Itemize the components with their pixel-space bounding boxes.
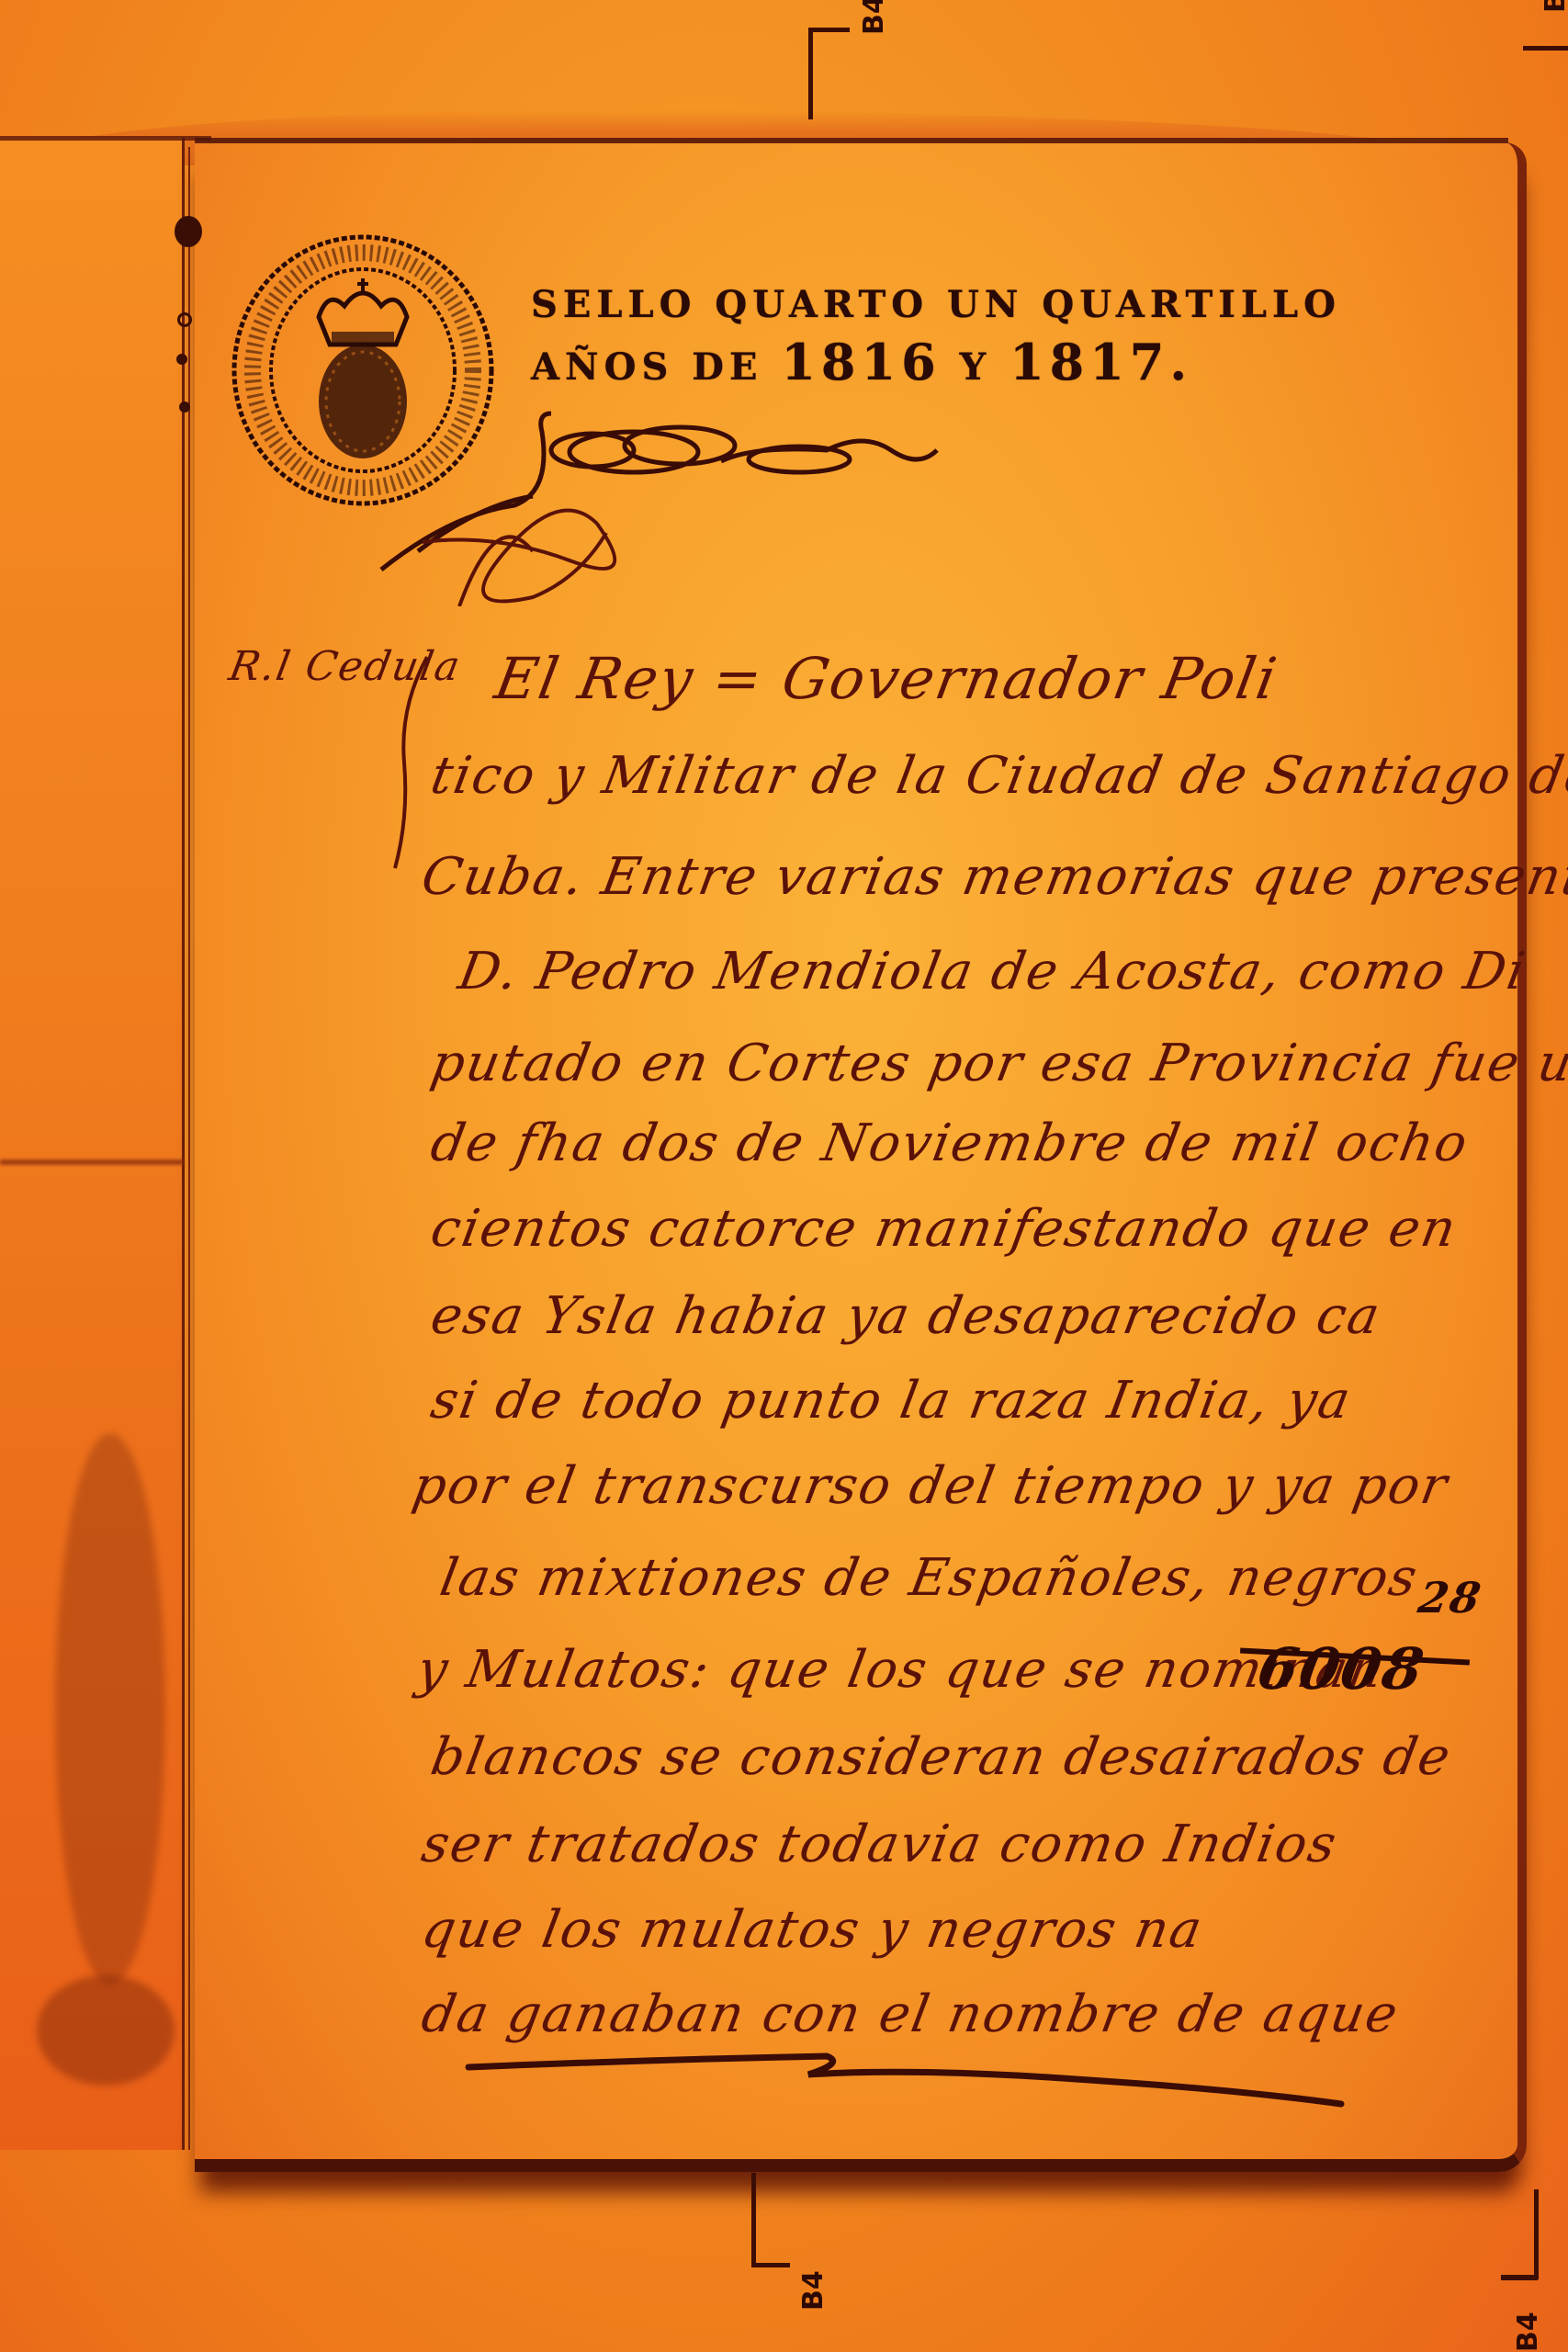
- closing-flourish-icon: [459, 2049, 1378, 2113]
- manuscript-line: tico y Militar de la Ciudad de Santiago …: [426, 746, 1568, 806]
- crop-mark-top-left: [808, 28, 813, 119]
- crop-mark-top-right: [1523, 46, 1568, 51]
- stamp-years-prefix: AÑOS DE: [531, 345, 781, 389]
- manuscript-line: de fha dos de Noviembre de mil ocho: [426, 1114, 1473, 1173]
- manuscript-line: El Rey = Governador Poli: [491, 645, 1283, 712]
- manuscript-line: por el transcurso del tiempo y ya por: [408, 1456, 1453, 1516]
- crop-label: B4: [797, 2270, 829, 2311]
- crop-mark-bottom-right: [1501, 2275, 1538, 2280]
- binding-dot-icon: [179, 401, 190, 413]
- stamp-year-1: 1816: [781, 333, 941, 391]
- binding-line: [188, 147, 190, 2150]
- crop-label: B4: [1512, 2312, 1544, 2352]
- manuscript-line: cientos catorce manifestando que en: [426, 1199, 1461, 1259]
- manuscript-line: blancos se consideran desairados de: [426, 1727, 1456, 1787]
- stamp-header-line-1: SELLO QUARTO UN QUARTILLO: [531, 283, 1341, 326]
- crop-label: B4: [858, 0, 890, 35]
- manuscript-line: da ganaban con el nombre de aque: [417, 1984, 1404, 2044]
- manuscript-line: que los mulatos y negros na: [417, 1900, 1208, 1960]
- page-top-edge: [195, 138, 1508, 143]
- binding-ring-icon: [177, 312, 192, 327]
- flourish-icon: [367, 395, 1378, 606]
- bracket-flourish-icon: [386, 652, 441, 873]
- stamp-header-line-2: AÑOS DE 1816 Y 1817.: [531, 333, 1192, 391]
- binding-dot-icon: [176, 354, 187, 365]
- binding-hole-icon: [175, 216, 202, 247]
- crop-mark-bottom-left: [751, 2173, 756, 2265]
- struck-number: 6008: [1253, 1635, 1430, 1702]
- strip-stain: [37, 1975, 175, 2086]
- manuscript-line: putado en Cortes por esa Provincia fue u…: [426, 1034, 1568, 1093]
- strip-top-edge: [0, 136, 211, 141]
- crop-mark-bottom-right: [1534, 2189, 1539, 2279]
- stamp-year-2: 1817.: [1010, 333, 1192, 391]
- manuscript-line: si de todo punto la raza India, ya: [426, 1371, 1356, 1430]
- manuscript-line: Cuba. Entre varias memorias que presentó: [417, 847, 1568, 907]
- stamp-years-conjunction: Y: [942, 345, 1010, 389]
- manuscript-line: esa Ysla habia ya desaparecido ca: [426, 1286, 1385, 1346]
- crop-label: B4: [1540, 0, 1568, 13]
- manuscript-line: ser tratados todavia como Indios: [417, 1815, 1342, 1874]
- strip-fold-crease: [0, 1159, 184, 1165]
- manuscript-line: D. Pedro Mendiola de Acosta, como Di: [454, 942, 1531, 1001]
- manuscript-line: las mixtiones de Españoles, negros: [435, 1548, 1423, 1608]
- folio-number: 28: [1415, 1573, 1486, 1623]
- crop-mark-top-left: [808, 28, 850, 32]
- crop-mark-bottom-left: [751, 2263, 790, 2267]
- strip-stain: [55, 1433, 165, 1984]
